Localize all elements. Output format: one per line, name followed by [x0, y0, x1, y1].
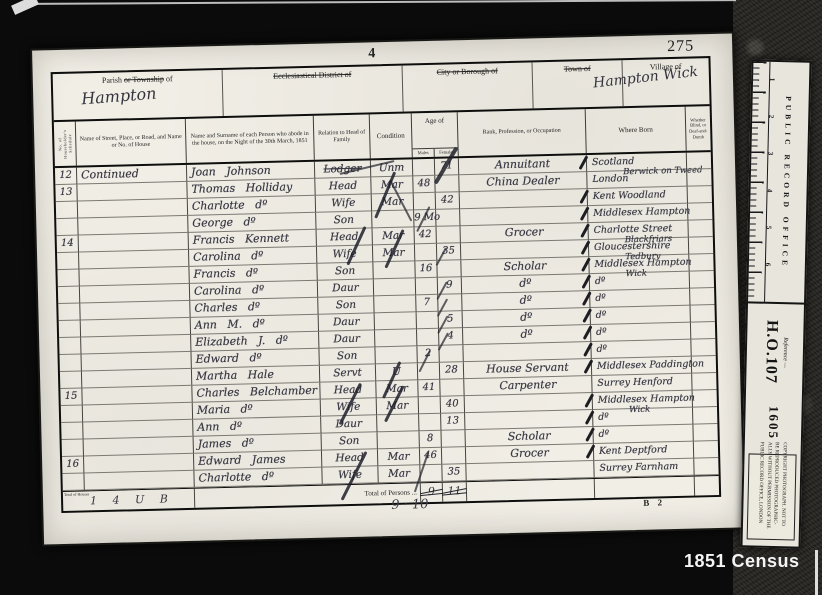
- cell-relation: Daur: [319, 313, 375, 331]
- cell-age_f: 9: [438, 277, 462, 295]
- cell-occupation: [466, 461, 594, 481]
- cell-age_f: 35: [437, 243, 461, 261]
- cell-age_m: [419, 397, 441, 415]
- cell-relation: Head: [317, 228, 373, 246]
- cell-blind: [689, 254, 713, 272]
- cell-blind: [692, 373, 716, 391]
- cell-sched: 15: [60, 388, 82, 406]
- cell-condition: [377, 414, 419, 432]
- cell-age_m: 42: [415, 227, 437, 245]
- cell-condition: [377, 431, 419, 449]
- col-occupation: Rank, Profession, or Occupation: [458, 109, 587, 156]
- cell-blind: [688, 220, 712, 238]
- cell-condition: [373, 261, 415, 279]
- cell-age_m: 16: [415, 261, 437, 279]
- parish-field: Parish or Township of Hampton: [53, 70, 224, 120]
- cell-blind: [688, 203, 712, 221]
- cell-age_f: 13: [441, 413, 465, 431]
- ruler-inch-number: 5: [765, 226, 773, 230]
- cell-age_f: 35: [442, 464, 466, 482]
- cell-relation: Wife: [322, 466, 378, 484]
- cell-sched: [62, 473, 84, 491]
- cell-condition: [374, 278, 416, 296]
- cell-blind: [694, 458, 718, 476]
- cell-age_f: [440, 379, 464, 397]
- cell-condition: U: [376, 363, 418, 381]
- cell-condition: Unm: [371, 159, 413, 177]
- cell-condition: Mar: [373, 244, 415, 262]
- cell-age_m: 8: [419, 431, 441, 449]
- cell-age_m: [418, 363, 440, 381]
- cell-relation: Servt: [320, 364, 376, 382]
- col-condition: Condition: [370, 113, 413, 158]
- cell-age_f: 40: [441, 396, 465, 414]
- cell-sched: [57, 253, 79, 271]
- cell-age_f: [437, 260, 461, 278]
- cell-blind: [688, 186, 712, 204]
- cell-sched: [61, 422, 83, 440]
- census-page: 4 275 Parish or Township of Hampton Eccl…: [30, 31, 746, 546]
- cell-relation: Wife: [316, 194, 372, 212]
- cell-relation: Wife: [321, 398, 377, 416]
- cell-relation: Head: [320, 381, 376, 399]
- ecclesiastical-district-field: Ecclesiastical District of: [223, 66, 404, 116]
- ruler-piece-section: 1605: [745, 397, 802, 448]
- cell-relation: Son: [322, 432, 378, 450]
- cell-age_m: 9 Mo: [414, 210, 436, 228]
- reference-number: H.O.107: [761, 320, 780, 384]
- cell-age_f: 4: [439, 328, 463, 346]
- cell-sched: 14: [57, 236, 79, 254]
- cell-age_m: [415, 244, 437, 262]
- cell-condition: [374, 295, 416, 313]
- cell-relation: Lodger: [315, 160, 371, 178]
- cell-blind: [690, 305, 714, 323]
- cell-age_f: [438, 294, 462, 312]
- cell-age_m: 7: [416, 295, 438, 313]
- cell-blind: [690, 288, 714, 306]
- total-houses-value: 1 4 U B: [86, 492, 174, 507]
- cell-blind: [689, 237, 713, 255]
- ruler-inch-number: 1: [768, 78, 776, 82]
- scan-edge-artifact: [815, 550, 818, 595]
- cell-sched: [57, 270, 79, 288]
- total-persons-females-cell: 11: [443, 482, 467, 502]
- ruler-reference-section: H.O.107 Reference —: [746, 301, 804, 400]
- copyright-notice-box: COPYRIGHT PHOTOGRAPH. NOT TO BE REPRODUC…: [747, 453, 797, 540]
- total-houses-cell: Total of Houses1 4 U B: [63, 489, 195, 511]
- cell-age_f: [435, 175, 459, 193]
- cell-sched: [56, 202, 78, 220]
- cell-condition: Mar: [371, 176, 413, 194]
- copyright-notice-text: COPYRIGHT PHOTOGRAPH. NOT TO BE REPRODUC…: [755, 442, 787, 553]
- cell-born: Surrey Farnham: [594, 459, 694, 478]
- col-age-females: Females: [435, 149, 459, 157]
- cell-blind: [693, 390, 717, 408]
- cell-sched: [56, 219, 78, 237]
- census-entries: 12ContinuedJoan JohnsonLodgerUnm71Annuit…: [55, 152, 719, 491]
- cell-relation: Son: [317, 262, 373, 280]
- cell-condition: Mar: [378, 448, 420, 466]
- cell-blind: [687, 152, 711, 170]
- cell-age_f: [441, 430, 465, 448]
- parish-handwritten-value: Hampton: [81, 84, 158, 109]
- cell-condition: Mar: [377, 397, 419, 415]
- plate-mark: B 2: [643, 497, 665, 508]
- total-females-value: 11: [443, 482, 466, 501]
- col-name-surname: Name and Surname of each Person who abod…: [186, 116, 315, 163]
- cell-sched: [59, 321, 81, 339]
- cell-age_m: 2: [417, 346, 439, 364]
- cell-relation: Daur: [319, 330, 375, 348]
- cell-blind: [691, 339, 715, 357]
- public-record-office-label: PUBLIC RECORD OFFICE: [780, 96, 793, 269]
- cell-sched: 12: [55, 168, 77, 186]
- col-blind-deaf: Whether Blind, or Deaf-and-Dumb: [686, 106, 711, 151]
- reference-label: Reference —: [782, 337, 789, 368]
- ruler-inch-number: 3: [766, 152, 774, 156]
- cell-condition: Mar: [372, 193, 414, 211]
- cell-condition: [375, 346, 417, 364]
- village-field: Village of Hampton Wick: [622, 58, 709, 106]
- pro-reference-ruler: PUBLIC RECORD OFFICE H.O.107 Reference —…: [740, 59, 811, 548]
- cell-sched: [59, 338, 81, 356]
- col-age-males: Males: [413, 149, 435, 157]
- cell-blind: [691, 322, 715, 340]
- cell-condition: [372, 210, 414, 228]
- col-where-born: Where Born: [586, 107, 687, 153]
- cell-sched: [62, 439, 84, 457]
- cell-relation: Son: [316, 211, 372, 229]
- cell-sched: [61, 405, 83, 423]
- cell-condition: Mar: [378, 465, 420, 483]
- cell-sched: [60, 355, 82, 373]
- cell-blind: [687, 169, 711, 187]
- cell-sched: 16: [62, 456, 84, 474]
- cell-condition: [375, 329, 417, 347]
- cell-blind: [693, 407, 717, 425]
- cell-blind: [693, 424, 717, 442]
- cell-blind: [690, 271, 714, 289]
- corrected-totals-handwritten: 9 · 10: [391, 497, 429, 513]
- ruler-inch-number: 6: [764, 263, 772, 267]
- cell-age_f: 42: [436, 192, 460, 210]
- cell-age_f: 5: [439, 311, 463, 329]
- city-borough-field: City or Borough of: [403, 62, 534, 111]
- cell-age_m: [417, 329, 439, 347]
- census-year-label: 1851 Census: [684, 551, 800, 572]
- cell-relation: Daur: [321, 415, 377, 433]
- col-street: Name of Street, Place, or Road, and Name…: [76, 119, 187, 166]
- cell-age_m: [413, 159, 435, 177]
- cell-age_m: 46: [420, 448, 442, 466]
- cell-age_m: [416, 278, 438, 296]
- cell-age_m: [420, 465, 442, 483]
- cell-age_m: [414, 193, 436, 211]
- cell-age_f: [436, 226, 460, 244]
- cell-relation: Daur: [318, 279, 374, 297]
- cell-relation: Son: [319, 347, 375, 365]
- col-age: Age of Males Females: [412, 112, 459, 157]
- scan-edge-artifact: [11, 0, 39, 15]
- col-schedule-number: No. of Householder's Schedule: [54, 122, 77, 167]
- cell-age_m: [417, 312, 439, 330]
- cell-age_f: 71: [435, 158, 459, 176]
- ruler-inch-number: 4: [766, 189, 774, 193]
- page-number-stamp: 275: [667, 37, 694, 56]
- cell-blind: [692, 356, 716, 374]
- piece-number: 1605: [765, 406, 782, 440]
- census-scan-photograph: 4 275 Parish or Township of Hampton Eccl…: [0, 0, 822, 595]
- cell-age_f: 28: [440, 362, 464, 380]
- col-relation: Relation to Head of Family: [314, 114, 371, 159]
- ruler-inch-number: 2: [767, 115, 775, 119]
- cell-sched: [58, 287, 80, 305]
- cell-blind: [694, 441, 718, 459]
- cell-age_f: [442, 447, 466, 465]
- cell-condition: Mar: [376, 380, 418, 398]
- page-folio-number: 4: [368, 46, 375, 62]
- cell-relation: Head: [322, 449, 378, 467]
- cell-sched: [58, 304, 80, 322]
- cell-age_f: [439, 345, 463, 363]
- scan-edge-artifact: [30, 0, 736, 5]
- cell-age_m: [419, 414, 441, 432]
- cell-sched: 13: [55, 185, 77, 203]
- cell-street: [84, 471, 194, 491]
- cell-relation: Wife: [317, 245, 373, 263]
- cell-condition: [375, 312, 417, 330]
- cell-relation: Son: [318, 296, 374, 314]
- total-houses-label: Total of Houses: [63, 491, 86, 497]
- cell-age_m: 41: [418, 380, 440, 398]
- cell-relation: Head: [315, 177, 371, 195]
- cell-condition: Mar: [373, 227, 415, 245]
- cell-sched: [60, 372, 82, 390]
- enumeration-form: Parish or Township of Hampton Ecclesiast…: [51, 56, 722, 513]
- cell-age_f: [436, 209, 460, 227]
- cell-age_m: 48: [413, 176, 435, 194]
- cell-name: Charlotte dº: [194, 468, 322, 488]
